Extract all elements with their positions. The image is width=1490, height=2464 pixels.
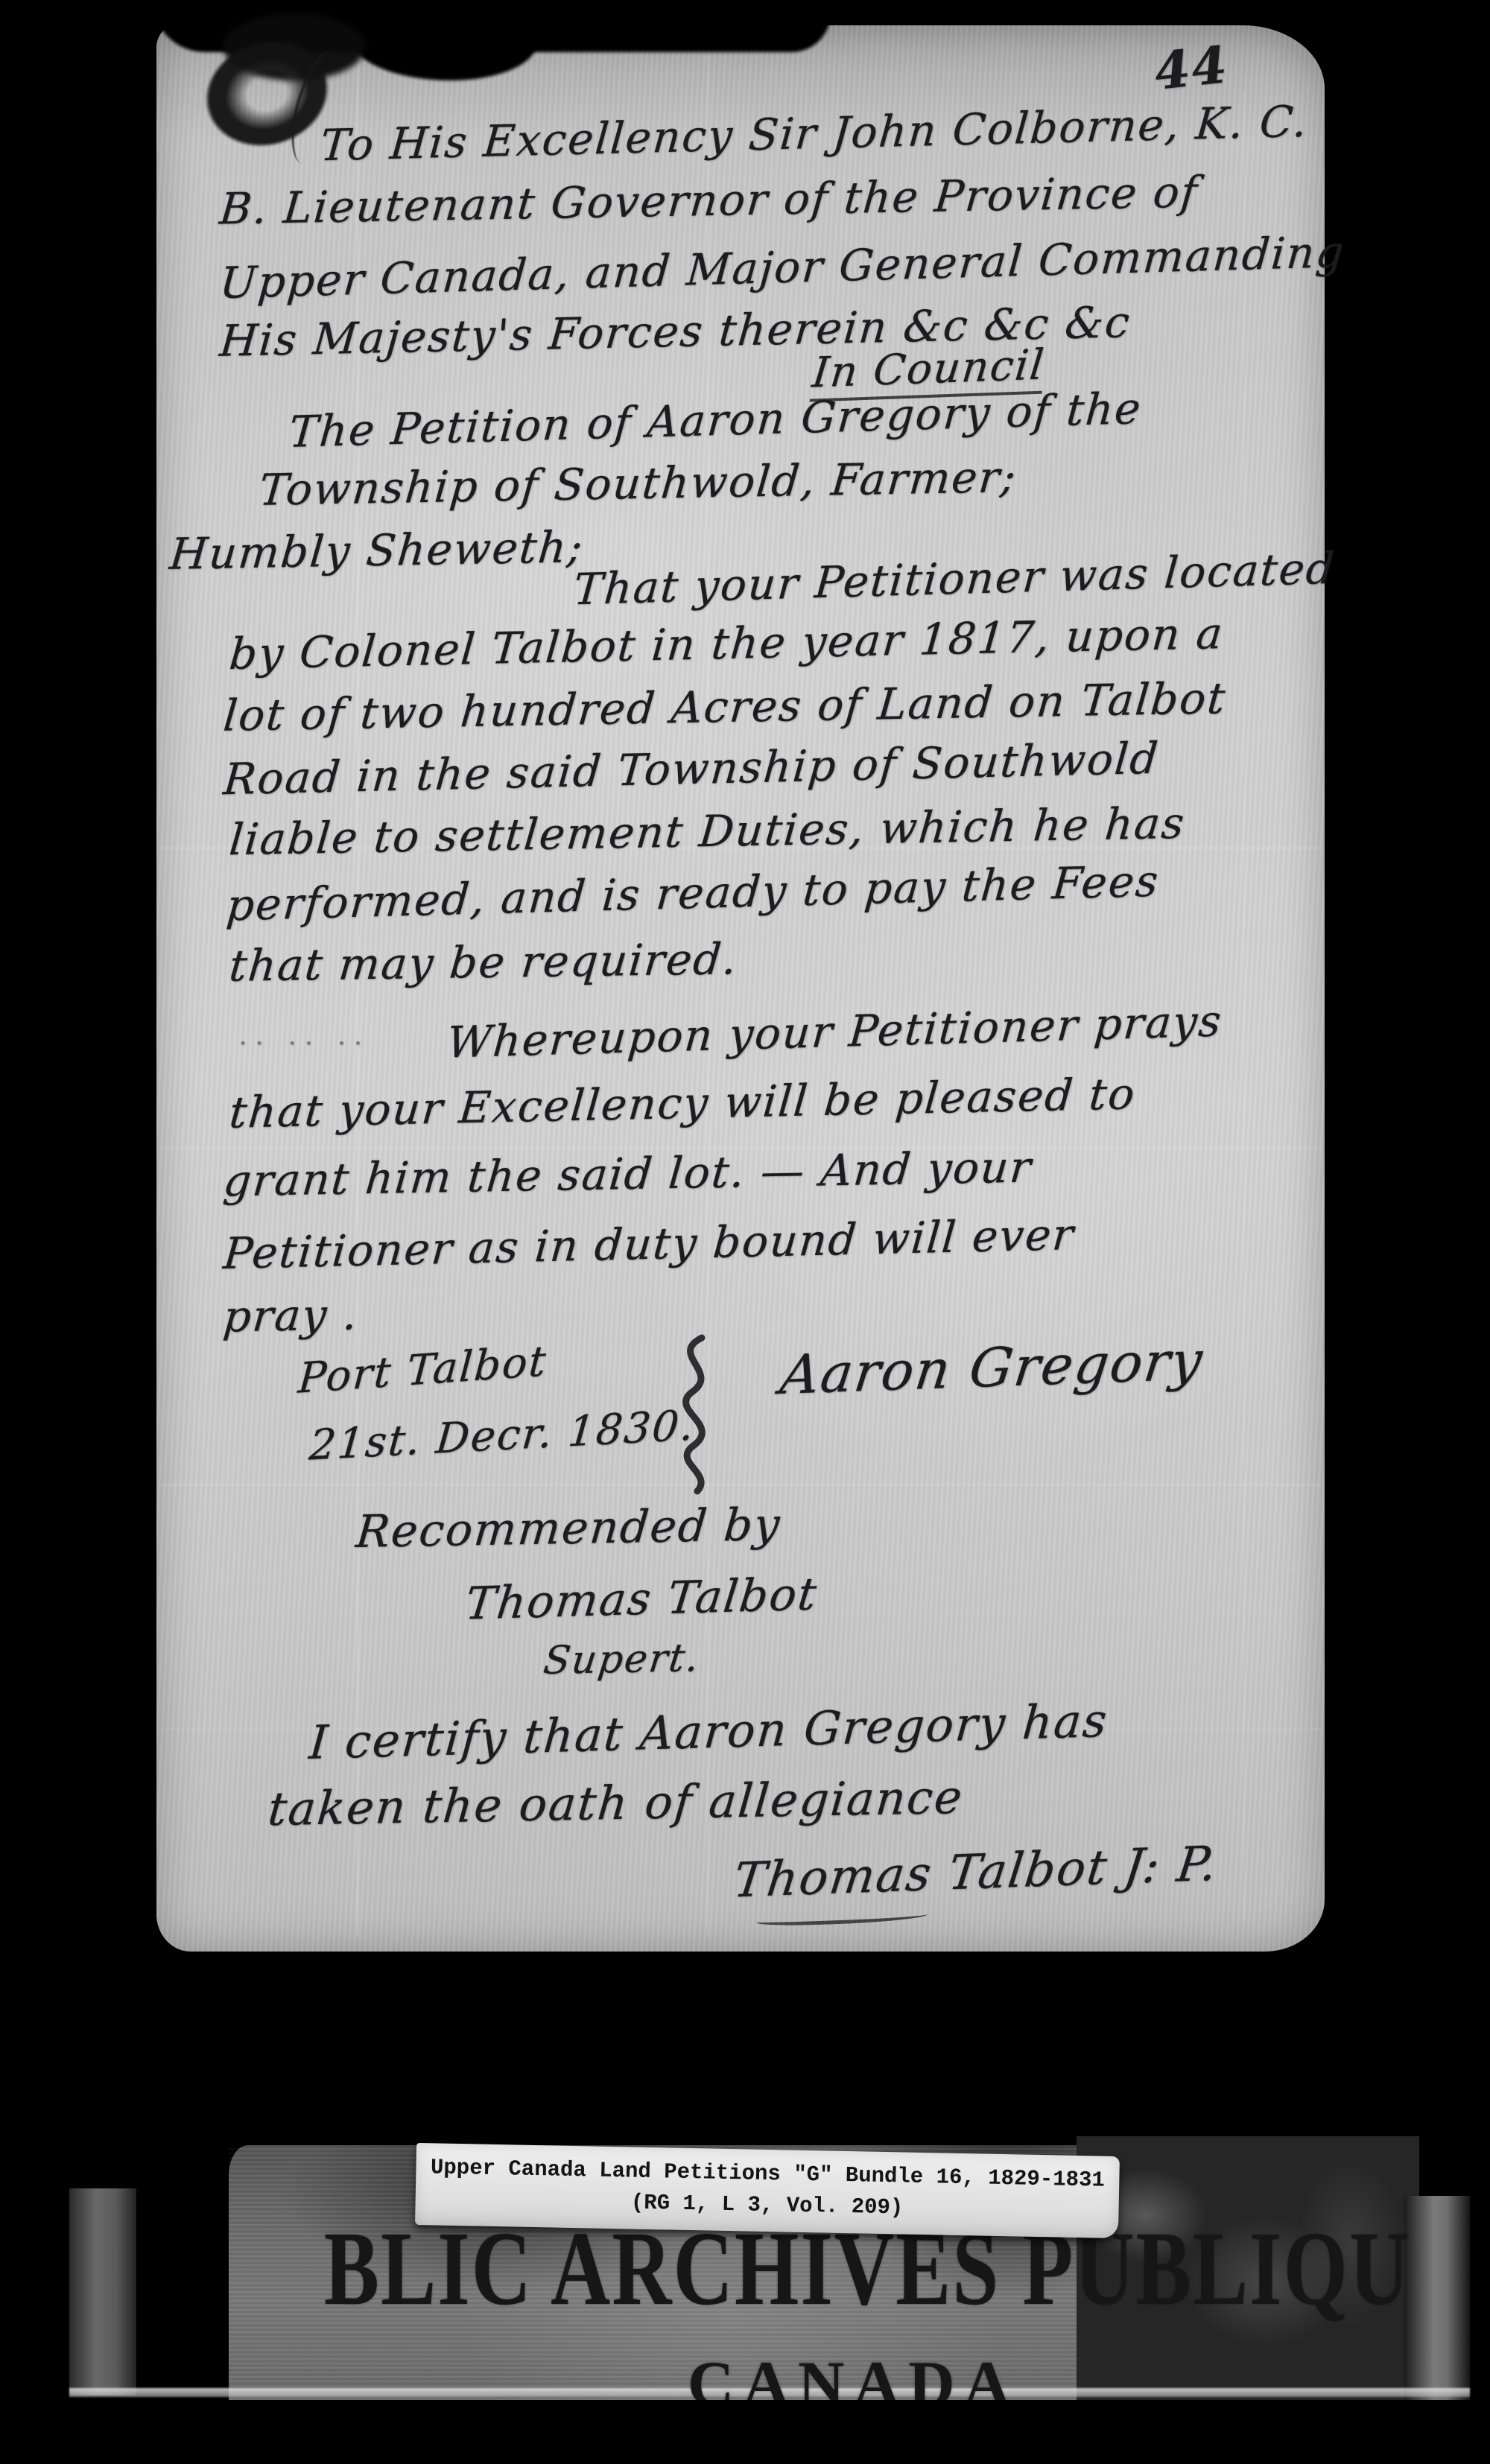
archive-label: Upper Canada Land Petitions "G" Bundle 1… <box>415 2143 1120 2238</box>
body-line-7: that may be required. <box>227 937 740 988</box>
label-line-2: (RG 1, L 3, Vol. 209) <box>415 2186 1118 2224</box>
stamp-canada: CANADA <box>688 2346 1019 2400</box>
label-line-1: Upper Canada Land Petitions "G" Bundle 1… <box>416 2155 1119 2193</box>
filler-dots: ·· ·· ·· <box>238 1029 370 1058</box>
recommendation-line: Recommended by <box>354 1502 782 1555</box>
prayer-line-5: pray . <box>221 1292 360 1338</box>
recommender-title: Supert. <box>542 1639 703 1680</box>
intro-line-2: Township of Southwold, Farmer; <box>258 455 1019 512</box>
salutation: Humbly Sheweth; <box>168 525 586 576</box>
signature-brace <box>656 1333 738 1497</box>
band-left-strip <box>69 2188 136 2395</box>
fold-line-vertical <box>1243 89 1246 1922</box>
page-number: 44 <box>1153 39 1231 98</box>
prayer-line-3: grant him the said lot. — And your <box>222 1145 1034 1202</box>
recommender-signature: Thomas Talbot <box>463 1572 820 1626</box>
microfilm-scan: { "page_number": "44", "petition": { "ad… <box>0 0 1490 2464</box>
band-right-strip <box>1404 2196 1470 2400</box>
certification-line-2: taken the oath of allegiance <box>266 1774 965 1832</box>
fold-line-horizontal <box>160 1484 1322 1486</box>
petitioner-signature: Aaron Gregory <box>778 1333 1207 1402</box>
